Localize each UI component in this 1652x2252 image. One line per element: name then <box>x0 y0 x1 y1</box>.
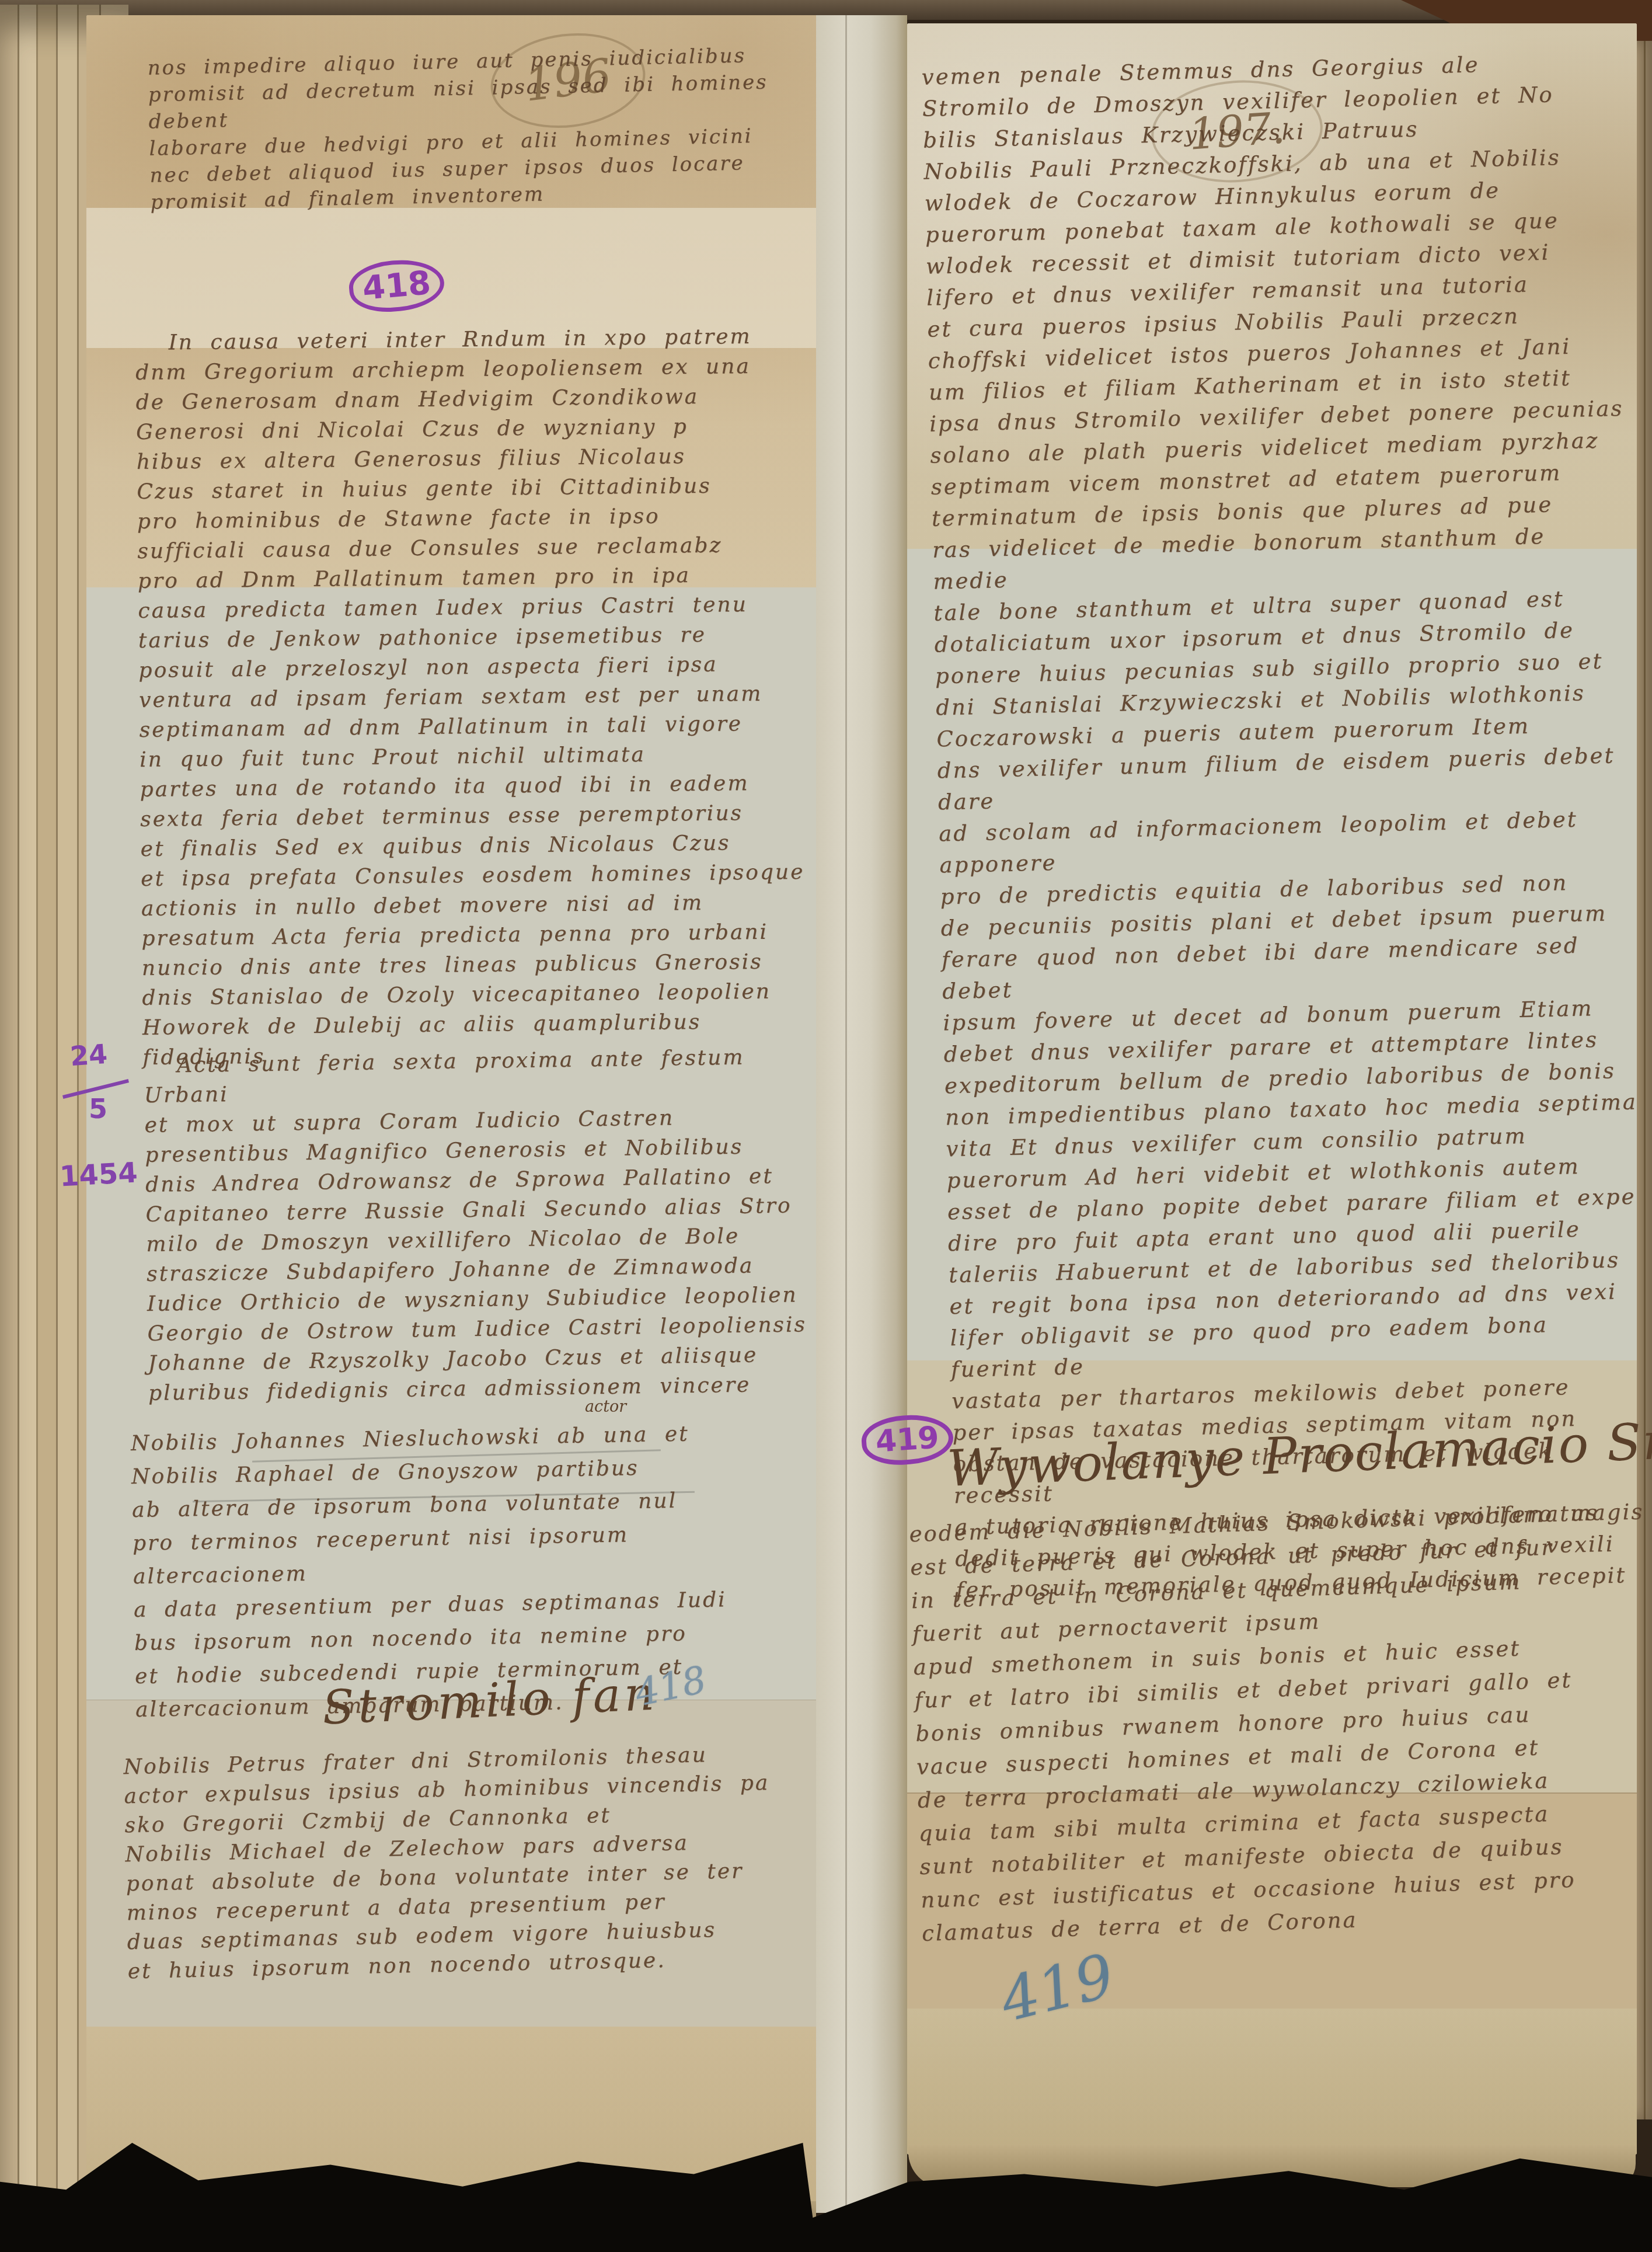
text-line: pro terminos receperunt nisi ipsorum alt… <box>133 1515 808 1593</box>
entry-418-paragraph: In causa veteri inter Rndum in xpo patre… <box>135 321 811 1073</box>
book-gutter <box>816 15 907 2213</box>
margin-date-day: 24 <box>69 1038 109 1072</box>
superscript-actor: actor <box>585 1398 626 1416</box>
margin-date-month: 5 <box>89 1093 107 1125</box>
gutter-seam-line <box>845 15 847 2213</box>
entry-419-paragraph: eodem die Nobilis Mathias Smokowski proc… <box>909 1495 1632 1950</box>
margin-date-year: 1454 <box>59 1157 138 1193</box>
acta-paragraph: Acta sunt feria sexta proxima ante festu… <box>144 1042 811 1408</box>
entry-418-continuation-paragraph: vemen penale Stemmus dns Georgius aleStr… <box>921 46 1652 1606</box>
stromilo-paragraph: Nobilis Petrus frater dni Stromilonis th… <box>123 1739 808 1986</box>
left-intro-paragraph: nos impedire aliquo iure aut penis iudic… <box>147 41 804 215</box>
text-line: Acta sunt feria sexta proxima ante festu… <box>144 1042 807 1111</box>
manuscript-scan: { "colors": { "ink_brown": "#5e432d", "s… <box>0 0 1652 2252</box>
